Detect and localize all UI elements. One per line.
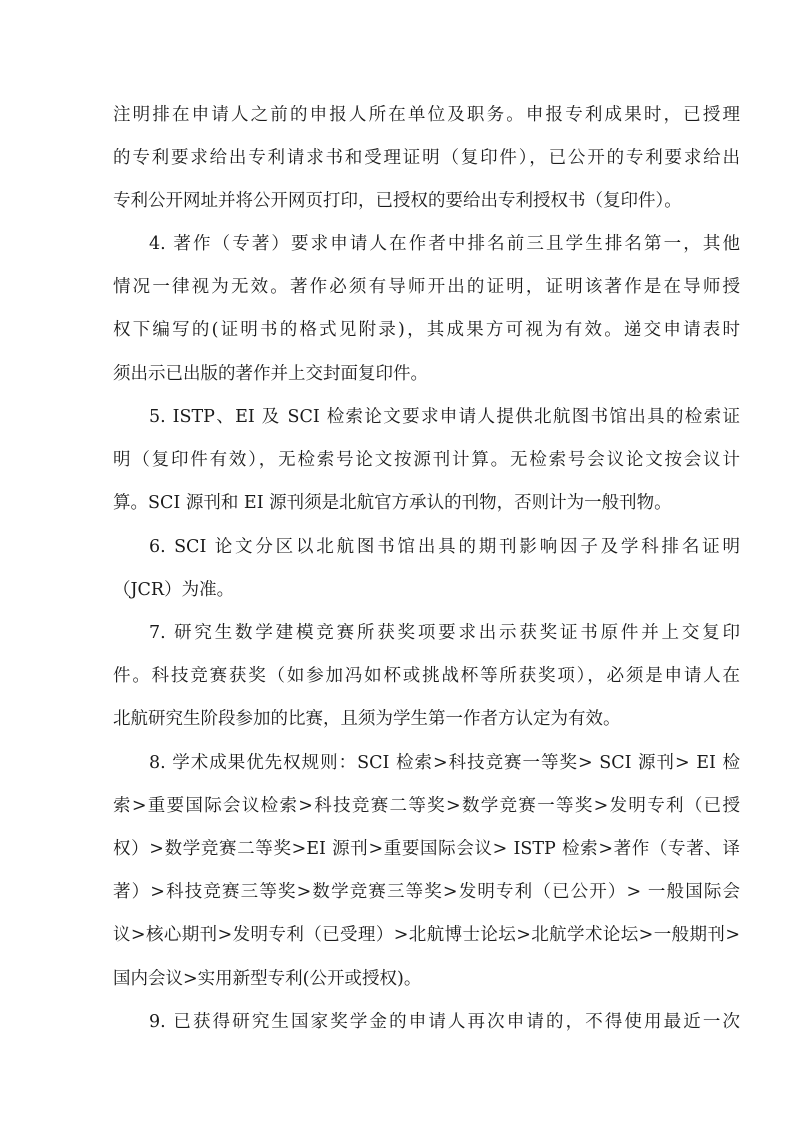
item-5-line-1: 5. ISTP、EI 及 SCI 检索论文要求申请人提供北航图书馆出具的检索证	[149, 405, 740, 429]
item-8-line-2: 索>重要国际会议检索>科技竞赛二等奖>数学竞赛一等奖>发明专利（已授	[113, 794, 740, 818]
item-7-line-3: 北航研究生阶段参加的比赛，且须为学生第一作者方认定为有效。	[113, 707, 740, 731]
item-7-line-2: 件。科技竞赛获奖（如参加冯如杯或挑战杯等所获奖项），必须是申请人在	[113, 664, 740, 688]
item-7-line-1: 7. 研究生数学建模竞赛所获奖项要求出示获奖证书原件并上交复印	[149, 621, 740, 645]
text-line-2: 的专利要求给出专利请求书和受理证明（复印件），已公开的专利要求给出	[113, 146, 740, 170]
text-line-1: 注明排在申请人之前的申报人所在单位及职务。申报专利成果时，已授理	[113, 103, 740, 127]
item-4-line-4: 须出示已出版的著作并上交封面复印件。	[113, 362, 740, 386]
item-6-line-2: （JCR）为准。	[113, 578, 740, 602]
item-8-line-6: 国内会议>实用新型专利(公开或授权)。	[113, 967, 740, 991]
document-page: 注明排在申请人之前的申报人所在单位及职务。申报专利成果时，已授理 的专利要求给出…	[0, 0, 800, 1132]
item-8-line-1: 8. 学术成果优先权规则：SCI 检索>科技竞赛一等奖> SCI 源刊> EI …	[149, 751, 740, 775]
item-8-line-4: 著）>科技竞赛三等奖>数学竞赛三等奖>发明专利（已公开）> 一般国际会	[113, 880, 740, 904]
item-8-line-3: 权）>数学竞赛二等奖>EI 源刊>重要国际会议> ISTP 检索>著作（专著、译	[113, 837, 740, 861]
item-4-line-3: 权下编写的(证明书的格式见附录)，其成果方可视为有效。递交申请表时	[113, 318, 740, 342]
item-4-line-2: 情况一律视为无效。著作必须有导师开出的证明，证明该著作是在导师授	[113, 275, 740, 299]
item-5-line-2: 明（复印件有效），无检索号论文按源刊计算。无检索号会议论文按会议计	[113, 448, 740, 472]
item-9-line-1: 9. 已获得研究生国家奖学金的申请人再次申请的，不得使用最近一次	[149, 1010, 740, 1034]
text-line-3: 专利公开网址并将公开网页打印，已授权的要给出专利授权书（复印件）。	[113, 189, 740, 213]
item-8-line-5: 议>核心期刊>发明专利（已受理）>北航博士论坛>北航学术论坛>一般期刊>	[113, 923, 740, 947]
item-6-line-1: 6. SCI 论文分区以北航图书馆出具的期刊影响因子及学科排名证明	[149, 535, 740, 559]
item-5-line-3: 算。SCI 源刊和 EI 源刊须是北航官方承认的刊物，否则计为一般刊物。	[113, 491, 740, 515]
item-4-line-1: 4. 著作（专著）要求申请人在作者中排名前三且学生排名第一，其他	[149, 232, 740, 256]
